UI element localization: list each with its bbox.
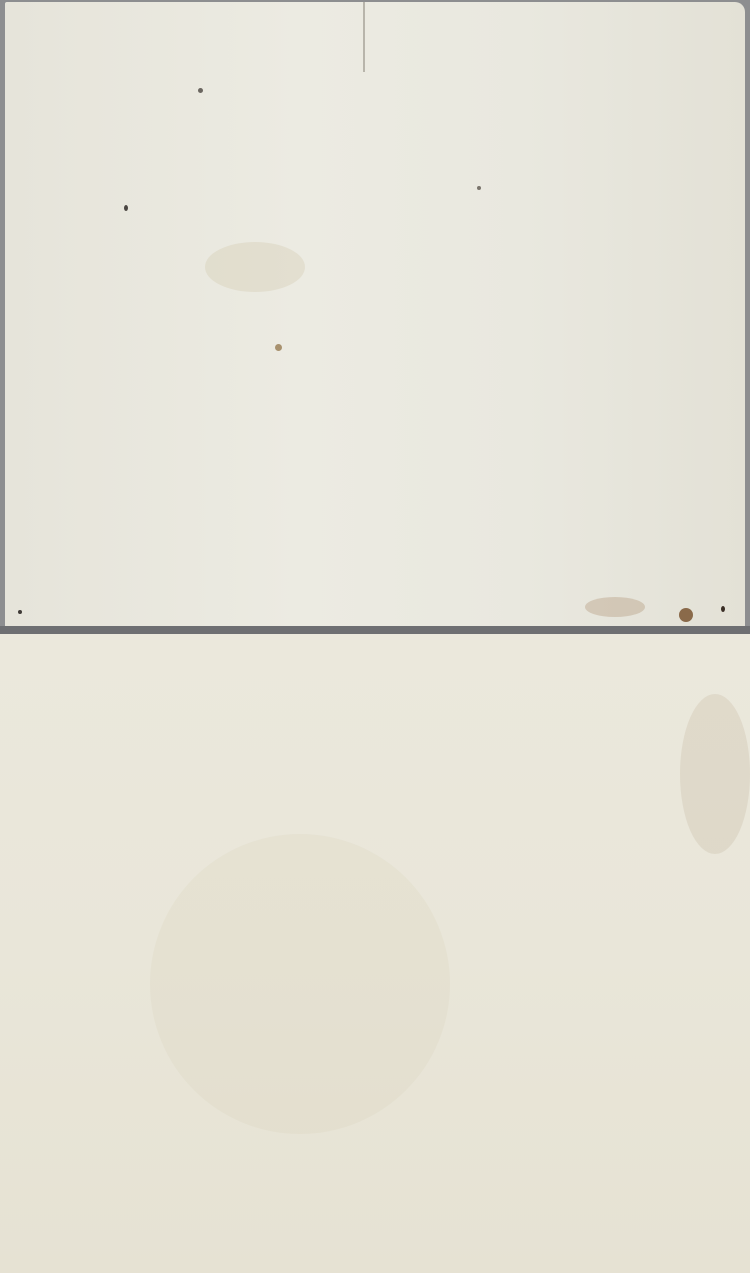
spot (721, 606, 725, 612)
sheet-gap (0, 626, 750, 634)
spot (18, 610, 22, 614)
faint-stain (150, 834, 450, 1134)
paper-crease (363, 2, 365, 72)
spot (275, 344, 282, 351)
faint-stain (680, 694, 750, 854)
faint-stain (205, 242, 305, 292)
paper-sheet-top (5, 2, 745, 628)
spot (477, 186, 481, 190)
spot (124, 205, 128, 211)
spot (198, 88, 203, 93)
rust-stain (679, 608, 693, 622)
paper-sheet-bottom (0, 634, 750, 1273)
faint-stain (585, 597, 645, 617)
